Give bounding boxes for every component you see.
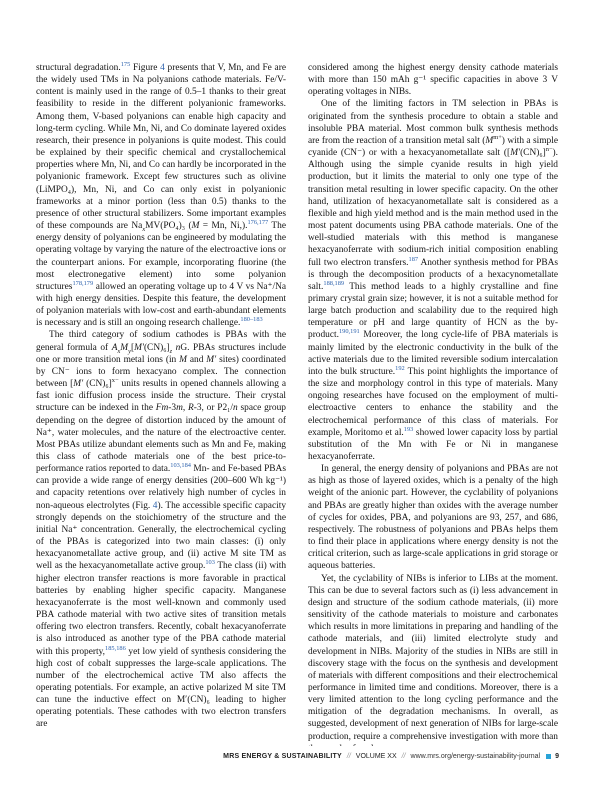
text-segment: considered among the highest energy dens… [308,63,558,97]
text-segment: x− [112,377,119,384]
reference-citation-link[interactable]: 175 [121,62,131,68]
text-segment: M′ [206,355,216,365]
text-segment: presents that V, Mn, and Fe are the wide… [36,63,286,231]
text-segment: yet low yield of synthesis considering t… [36,647,286,730]
text-segment: = Mn, Ni,). [199,221,247,231]
page-number: 9 [555,753,559,760]
text-segment: M [120,343,128,353]
paragraph: The third category of sodium cathodes is… [36,329,286,730]
text-segment: (CN)₆] [83,379,112,389]
text-segment: Yet, the cyclability of NIBs is inferior… [308,574,558,746]
reference-citation-link[interactable]: 103,184 [170,462,191,469]
footer-separator: // [402,753,406,760]
text-segment: The class (ii) with higher electron tran… [36,561,286,656]
volume-label: VOLUME XX [356,753,397,760]
text-segment: M′ [134,343,144,353]
text-segment: ). Although using the simple cyanide res… [308,148,558,267]
journal-url-link[interactable]: www.mrs.org/energy-sustainability-journa… [411,753,541,760]
page-footer: MRS ENERGY & SUSTAINABILITY // VOLUME XX… [223,750,559,762]
footer-accent-square-icon [546,754,551,759]
reference-citation-link[interactable]: 103 [205,559,215,566]
text-segment: m [176,403,183,413]
reference-citation-link[interactable]: 185,186 [105,644,126,651]
reference-citation-link[interactable]: 180–183 [240,316,262,323]
reference-citation-link[interactable]: 190,191 [339,328,360,335]
text-segment: m+ [493,134,502,141]
text-segment: (CN)₆] [144,343,170,353]
text-segment: -3 [168,403,176,413]
right-column: considered among the highest energy dens… [308,62,558,746]
paragraph: structural degradation.175 Figure 4 pres… [36,62,286,329]
left-column: structural degradation.175 Figure 4 pres… [36,62,286,746]
paragraph: Yet, the cyclability of NIBs is inferior… [308,573,558,746]
footer-separator: // [347,753,351,760]
text-segment: MV(PO₄)₃ ( [145,221,191,231]
journal-page: structural degradation.175 Figure 4 pres… [0,0,595,791]
reference-citation-link[interactable]: 187 [409,255,419,262]
text-segment: M′ [510,148,520,158]
paragraph: considered among the highest energy dens… [308,62,558,98]
text-columns: structural degradation.175 Figure 4 pres… [36,62,558,746]
text-segment: Fm [156,403,169,413]
text-segment: (CN)₆] [520,148,546,158]
paragraph: One of the limiting factors in TM select… [308,98,558,463]
text-segment: M [179,355,187,365]
text-segment: structural degradation. [36,63,121,73]
text-segment: In general, the energy density of polyan… [308,464,558,571]
reference-citation-link[interactable]: 178,179 [72,280,93,287]
reference-citation-link[interactable]: 193 [404,426,414,433]
text-segment: -3, or P2₁/ [194,403,233,413]
text-segment: Figure [130,63,160,73]
paragraph: In general, the energy density of polyan… [308,463,558,572]
text-segment: M′ [73,379,83,389]
text-segment: and [187,355,206,365]
reference-citation-link[interactable]: 192 [395,365,405,372]
journal-name: MRS ENERGY & SUSTAINABILITY [223,753,342,760]
reference-citation-link[interactable]: 176,177 [247,219,268,226]
text-segment: n− [546,146,553,153]
reference-citation-link[interactable]: 188,189 [323,280,344,287]
